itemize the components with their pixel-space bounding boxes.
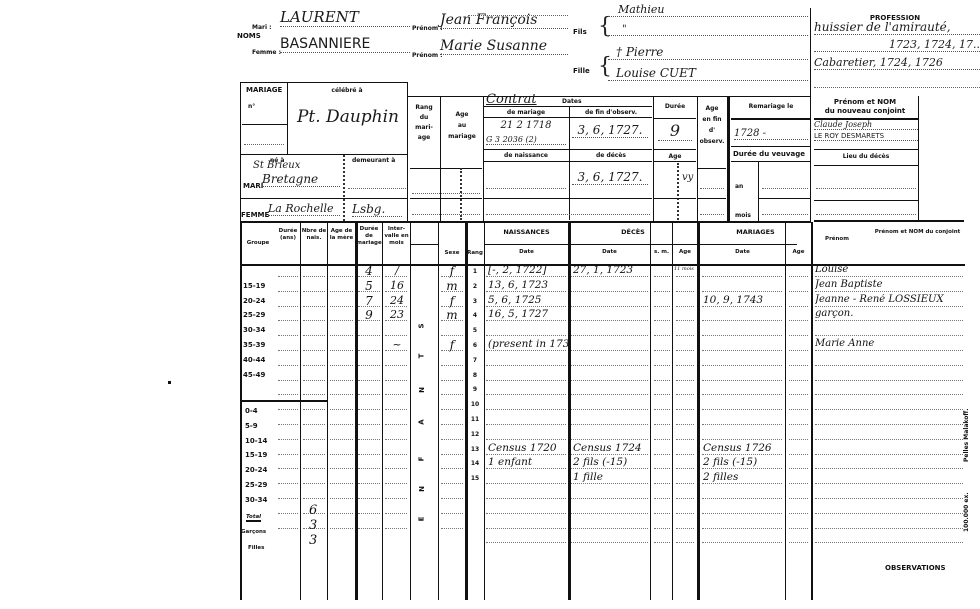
- naissance-date-cell[interactable]: [-, 2, 1722]: [488, 264, 568, 276]
- naissance-date-cell[interactable]: (present in 1734): [488, 338, 568, 350]
- mariage-date-cell[interactable]: 2 fils (-15): [703, 456, 785, 468]
- demeurant-label: demeurant à: [352, 157, 395, 164]
- column-divider: [650, 222, 651, 600]
- dotted-line: [654, 335, 670, 336]
- dotted-line: [702, 380, 782, 381]
- fille-label: Fille: [573, 67, 590, 75]
- column-divider: [300, 222, 301, 600]
- dotted-line: [676, 498, 694, 499]
- naissance-date-cell[interactable]: Census 1720: [488, 442, 568, 454]
- sexe-cell[interactable]: m: [441, 308, 463, 322]
- dotted-line: [815, 335, 963, 336]
- naissance-date-cell[interactable]: 16, 5, 1727: [488, 308, 568, 320]
- dotted-line: [358, 498, 380, 499]
- date-mariage-value[interactable]: 21 2 1718: [484, 120, 568, 131]
- rang-number: 2: [468, 283, 482, 290]
- filles-value[interactable]: 3: [309, 533, 317, 548]
- intervalle-cell[interactable]: 24: [385, 294, 409, 307]
- dotted-line: [571, 350, 648, 351]
- groupe-mariage-label: 5-9: [245, 422, 258, 430]
- dotted-line: [486, 276, 566, 277]
- groupe-mariage-label: 25-29: [245, 481, 267, 489]
- dotted-line: [654, 409, 670, 410]
- dotted-line: [571, 513, 648, 514]
- dotted-line: [330, 528, 353, 529]
- dotted-line: [486, 188, 566, 189]
- remariage-value[interactable]: 1728 -: [734, 128, 808, 140]
- dotted-line: [702, 365, 782, 366]
- groupe-mere-label: 40-44: [243, 356, 265, 364]
- dotted-line: [789, 468, 808, 469]
- dotted-line: [815, 365, 963, 366]
- celebre-value[interactable]: Pt. Dauphin: [290, 107, 406, 127]
- dotted-line: [702, 439, 782, 440]
- age-label-1: Age: [442, 109, 482, 120]
- divider: [654, 149, 696, 150]
- sexe-cell[interactable]: m: [441, 279, 463, 293]
- celebre-label: célébré à: [288, 87, 406, 94]
- dotted-line: [702, 498, 782, 499]
- dotted-line: [700, 188, 724, 189]
- dotted-line: [702, 513, 782, 514]
- dotted-line: [814, 87, 980, 88]
- dotted-line: [815, 498, 963, 499]
- divider: [654, 118, 696, 119]
- date-mariage-label: de mariage: [484, 109, 568, 116]
- dotted-line: [571, 291, 648, 292]
- dotted-line: [441, 454, 463, 455]
- dotted-line: [358, 439, 380, 440]
- dotted-line: [789, 320, 808, 321]
- divider: [410, 168, 482, 169]
- dotted-line: [385, 365, 407, 366]
- dotted-line: [654, 306, 670, 307]
- deces-date-cell[interactable]: 2 fils (-15): [573, 456, 649, 468]
- dotted-line: [303, 439, 325, 440]
- prenom-cell[interactable]: Louise: [815, 264, 965, 275]
- rang-number: 10: [468, 401, 482, 408]
- dotted-line: [654, 291, 670, 292]
- mari-prenom-field[interactable]: Jean François: [440, 12, 568, 29]
- date-deces-label: de décès: [570, 152, 652, 159]
- dotted-line: [244, 144, 284, 145]
- dotted-line: [700, 214, 724, 215]
- mari-prenom-label: Prénom :: [412, 25, 443, 32]
- dotted-line: [330, 394, 353, 395]
- mariage-date-cell[interactable]: Census 1726: [703, 442, 785, 454]
- column-divider: [410, 222, 411, 600]
- divider: [484, 198, 652, 199]
- divider: [731, 146, 811, 147]
- column-divider: [382, 222, 383, 600]
- dotted-line: [815, 454, 963, 455]
- dotted-line: [330, 306, 353, 307]
- dotted-line: [486, 409, 566, 410]
- dotted-line: [330, 424, 353, 425]
- dotted-line: [385, 394, 407, 395]
- dotted-line: [816, 214, 916, 215]
- dotted-line: [278, 424, 298, 425]
- dotted-line: [654, 276, 670, 277]
- dotted-line: [303, 306, 325, 307]
- dotted-line: [789, 454, 808, 455]
- speck: [168, 381, 171, 384]
- femme-demeurant-field[interactable]: Lsbg.: [352, 202, 402, 217]
- dotted-line: [654, 468, 670, 469]
- deces-age-cell[interactable]: 11 mois: [674, 266, 696, 272]
- dotted-line: [676, 439, 694, 440]
- fils-label: Fils: [573, 28, 587, 36]
- naissances-header: NAISSANCES: [485, 229, 568, 236]
- dotted-line: [278, 276, 298, 277]
- dotted-line: [441, 394, 463, 395]
- enfants-letter: N: [418, 486, 426, 492]
- dotted-line: [486, 214, 650, 215]
- groupe-mariage-label: 30-34: [245, 496, 267, 504]
- sexe-cell[interactable]: f: [441, 338, 463, 352]
- duree-age-value[interactable]: vy: [682, 172, 693, 183]
- dotted-line: [330, 468, 353, 469]
- dotted-line: [702, 320, 782, 321]
- dotted-line: [486, 365, 566, 366]
- groupe-mariage-label: 20-24: [245, 466, 267, 474]
- dotted-line: [358, 380, 380, 381]
- divider: [242, 124, 287, 125]
- mois-label: mois: [735, 212, 751, 219]
- age-fin-label-1: Age: [698, 103, 726, 114]
- dotted-line: [486, 498, 566, 499]
- fille-mere-field[interactable]: Louise CUET: [608, 66, 808, 81]
- dotted-line: [815, 276, 963, 277]
- dotted-line: [815, 409, 963, 410]
- date-mariage-note[interactable]: G 3 2036 (2): [486, 135, 566, 145]
- dotted-line: [654, 424, 670, 425]
- mariage-no-label: n°: [248, 103, 255, 110]
- dotted-line: [571, 306, 648, 307]
- nbre-header: Nbre de nais.: [301, 228, 327, 242]
- dates-label: Dates: [562, 98, 582, 105]
- dotted-line: [789, 394, 808, 395]
- dotted-line: [385, 424, 407, 425]
- mari-ne-line-2[interactable]: Bretagne: [262, 172, 340, 187]
- dotted-line: [789, 380, 808, 381]
- rang-number: 4: [468, 312, 482, 319]
- intervalle-cell[interactable]: /: [385, 264, 409, 277]
- sexe-cell[interactable]: f: [441, 264, 463, 278]
- dotted-line: [676, 454, 694, 455]
- lieu-deces-label: Lieu du décès: [814, 153, 918, 160]
- dotted-line: [303, 380, 325, 381]
- dotted-line: [676, 483, 694, 484]
- dotted-line: [789, 424, 808, 425]
- dotted-line: [278, 498, 298, 499]
- duree-value[interactable]: 9: [658, 121, 692, 141]
- dotted-line: [278, 513, 298, 514]
- dotted-line: [676, 365, 694, 366]
- duree-mariage-cell[interactable]: 5: [358, 279, 380, 293]
- dotted-line: [815, 468, 963, 469]
- dotted-line: [571, 498, 648, 499]
- dotted-line: [330, 291, 353, 292]
- header-subdivider: [485, 244, 797, 245]
- sexe-cell[interactable]: f: [441, 294, 463, 308]
- dotted-line: [676, 350, 694, 351]
- dotted-line: [676, 394, 694, 395]
- observations-label: OBSERVATIONS: [885, 564, 946, 572]
- dotted-line: [676, 468, 694, 469]
- dotted-line: [278, 350, 298, 351]
- mariages-date-header: Date: [700, 249, 785, 256]
- groupe-mere-label: 45-49: [243, 371, 265, 379]
- intervalle-cell[interactable]: 23: [385, 308, 409, 321]
- dotted-line: [571, 439, 648, 440]
- rang-label-4: age: [410, 133, 438, 143]
- deces-age-header: Age: [673, 249, 697, 256]
- dotted-line: [385, 513, 407, 514]
- mari-ne-line-1[interactable]: St Brieux: [253, 160, 300, 171]
- dotted-line: [702, 276, 782, 277]
- dotted-line: [486, 542, 566, 543]
- dotted-line: [789, 335, 808, 336]
- date-naissance-label: de naissance: [484, 152, 568, 159]
- dotted-line: [441, 409, 463, 410]
- intervalle-cell[interactable]: ~: [385, 338, 409, 351]
- date-fin-label: de fin d'observ.: [570, 109, 652, 116]
- age-fin-label-2: en fin: [698, 114, 726, 125]
- duree-mariage-cell[interactable]: 9: [358, 308, 380, 322]
- dotted-line: [486, 291, 566, 292]
- divider: [410, 198, 482, 199]
- dotted-line: [303, 335, 325, 336]
- groupe-divider: [240, 400, 328, 402]
- dotted-line: [358, 350, 380, 351]
- dotted-line: [358, 409, 380, 410]
- mariage-date-cell[interactable]: 2 filles: [703, 471, 785, 483]
- dotted-line: [789, 365, 808, 366]
- rang-number: 8: [468, 372, 482, 379]
- dotted-line: [676, 513, 694, 514]
- dotted-line: [571, 424, 648, 425]
- duree-mariage-cell[interactable]: 4: [358, 264, 380, 278]
- rang-number: 9: [468, 386, 482, 393]
- femme-ne-field[interactable]: La Rochelle: [268, 202, 340, 216]
- fils-pere-field[interactable]: Mathieu: [608, 3, 808, 17]
- dotted-line: [702, 454, 782, 455]
- dotted-line: [654, 542, 670, 543]
- dotted-line: [702, 424, 782, 425]
- dotted-line: [815, 424, 963, 425]
- dotted-line: [789, 350, 808, 351]
- dotted-line: [303, 365, 325, 366]
- dotted-line: [815, 513, 963, 514]
- dotted-line: [702, 350, 782, 351]
- fils-mere-field[interactable]: ": [608, 24, 808, 36]
- divider: [484, 161, 652, 162]
- dotted-line: [702, 483, 782, 484]
- dotted-line: [486, 468, 566, 469]
- divider: [440, 96, 441, 222]
- dotted-line: [789, 306, 808, 307]
- dotted-line: [385, 483, 407, 484]
- date-fin-value[interactable]: 3, 6, 1727.: [572, 123, 648, 138]
- dotted-line: [789, 542, 808, 543]
- dotted-line: [303, 454, 325, 455]
- dotted-line: [571, 468, 648, 469]
- dotted-line: [815, 320, 963, 321]
- dotted-line: [441, 468, 463, 469]
- dotted-line: [278, 468, 298, 469]
- groupe-mariage-label: 15-19: [245, 451, 267, 459]
- printer-line-1: Pelles Malakoff.: [963, 408, 970, 462]
- naissance-date-cell[interactable]: 1 enfant: [488, 456, 568, 468]
- column-divider: [484, 222, 485, 600]
- dotted-line: [278, 454, 298, 455]
- dotted-line: [385, 335, 407, 336]
- divider: [814, 220, 964, 222]
- dotted-line: [385, 454, 407, 455]
- dotted-line: [702, 542, 782, 543]
- column-divider: [785, 222, 786, 600]
- enfants-letter: A: [418, 419, 426, 424]
- dotted-line: [441, 483, 463, 484]
- profession-line-1[interactable]: huissier de l'amirauté,: [814, 20, 980, 35]
- dotted-line: [815, 542, 963, 543]
- rang-number: 12: [468, 431, 482, 438]
- divider: [240, 198, 408, 199]
- dotted-line: [654, 439, 670, 440]
- age-mariage-label: Age au mariage: [442, 109, 482, 142]
- dotted-line: [358, 483, 380, 484]
- dotted-line: [486, 528, 566, 529]
- column-divider: [438, 222, 439, 600]
- dotted-line: [702, 335, 782, 336]
- dotted-line: [303, 424, 325, 425]
- dotted-line: [702, 291, 782, 292]
- date-deces-value[interactable]: 3, 6, 1727.: [572, 170, 648, 185]
- dotted-line: [278, 380, 298, 381]
- mari-nom-field[interactable]: LAURENT: [280, 8, 410, 27]
- profession-line-2[interactable]: 1723, 1724, 17..: [814, 38, 980, 52]
- dotted-line: [486, 513, 566, 514]
- duree-mariage-cell[interactable]: 7: [358, 294, 380, 308]
- groupe-mariage-label: 0-4: [245, 407, 258, 415]
- deces-date-cell[interactable]: Census 1724: [573, 442, 649, 454]
- divider: [240, 221, 811, 223]
- dotted-line: [358, 394, 380, 395]
- dotted-line: [385, 498, 407, 499]
- dotted-line: [815, 306, 963, 307]
- femme-label: Femme :: [252, 49, 281, 56]
- enfants-letter: T: [417, 354, 425, 359]
- dotted-line: [676, 542, 694, 543]
- dotted-line: [303, 409, 325, 410]
- divider: [814, 165, 918, 166]
- rang-label-2: du: [410, 113, 438, 123]
- dotted-line: [789, 513, 808, 514]
- dotted-line: [789, 483, 808, 484]
- deces-date-cell[interactable]: 1 fille: [573, 471, 649, 483]
- femme-label: FEMME: [241, 211, 269, 219]
- dotted-line: [571, 335, 648, 336]
- garcons-value[interactable]: 3: [309, 518, 317, 533]
- nouveau-conjoint-value-2[interactable]: LE ROY DESMARETS: [814, 132, 918, 141]
- enfants-letter: F: [417, 457, 425, 462]
- dotted-line: [815, 528, 963, 529]
- dotted-line: [412, 193, 480, 194]
- dotted-line: [571, 276, 648, 277]
- dotted-line: [789, 528, 808, 529]
- age-label-3: mariage: [442, 131, 482, 142]
- age-fin-label-4: observ.: [698, 136, 726, 147]
- rang-number: 3: [468, 298, 482, 305]
- prenom-cell[interactable]: Marie Anne: [815, 338, 965, 349]
- intervalle-header: Inter-valle en mois: [383, 226, 410, 247]
- rang-number: 14: [468, 460, 482, 467]
- divider: [814, 200, 918, 201]
- fille-pere-field[interactable]: † Pierre: [608, 45, 808, 60]
- femme-prenom-field[interactable]: Marie Susanne: [440, 38, 568, 55]
- sm-header: s. m.: [651, 249, 672, 256]
- deces-header: DÉCÈS: [569, 229, 697, 236]
- nouveau-conjoint-value-1[interactable]: Claude Joseph: [814, 120, 918, 130]
- divider: [654, 198, 696, 199]
- dotted-line: [278, 409, 298, 410]
- dotted-line: [486, 350, 566, 351]
- duree-header: Durée (ans): [276, 228, 300, 242]
- prenom-cell[interactable]: Jean Baptiste: [815, 279, 965, 290]
- dotted-line: [385, 468, 407, 469]
- deces-date-cell[interactable]: 27, 1, 1723: [573, 264, 649, 276]
- prenom-cell[interactable]: garçon.: [815, 308, 965, 319]
- dotted-line: [303, 350, 325, 351]
- naissances-date-header: Date: [485, 249, 568, 256]
- naissance-date-cell[interactable]: 13, 6, 1723: [488, 279, 568, 291]
- conjoint-header: Prénom et NOM du conjoint: [870, 229, 965, 236]
- dotted-line: [278, 528, 298, 529]
- rang-number: 11: [468, 416, 482, 423]
- duree-label: Durée: [654, 103, 696, 110]
- dotted-line: [486, 320, 566, 321]
- total-value[interactable]: 6: [309, 503, 317, 518]
- rang-label-1: Rang: [410, 103, 438, 113]
- femme-nom-field[interactable]: BASANNIERE: [280, 36, 410, 53]
- dotted-line: [441, 513, 463, 514]
- rang-number: 6: [468, 342, 482, 349]
- naissance-date-cell[interactable]: 5, 6, 1725: [488, 294, 568, 306]
- divider: [731, 118, 811, 120]
- dotted-line: [303, 291, 325, 292]
- rang-number: 13: [468, 446, 482, 453]
- rang-number: 5: [468, 327, 482, 334]
- dotted-line: [330, 498, 353, 499]
- mariage-date-cell[interactable]: 10, 9, 1743: [703, 294, 785, 306]
- dotted-line: [486, 380, 566, 381]
- divider: [569, 106, 570, 220]
- dotted-line: [486, 454, 566, 455]
- dotted-line: [654, 394, 670, 395]
- profession-line-3[interactable]: Cabaretier, 1724, 1726: [814, 56, 980, 70]
- column-divider: [672, 222, 673, 600]
- dotted-line: [358, 335, 380, 336]
- contrat-label: Contrat: [486, 92, 537, 107]
- prenom-cell[interactable]: Jeanne - René LOSSIEUX: [815, 294, 965, 305]
- intervalle-cell[interactable]: 16: [385, 279, 409, 292]
- dotted-line: [815, 350, 963, 351]
- dotted-line: [654, 528, 670, 529]
- dotted-line: [702, 468, 782, 469]
- divider: [814, 149, 918, 150]
- dotted-line: [654, 320, 670, 321]
